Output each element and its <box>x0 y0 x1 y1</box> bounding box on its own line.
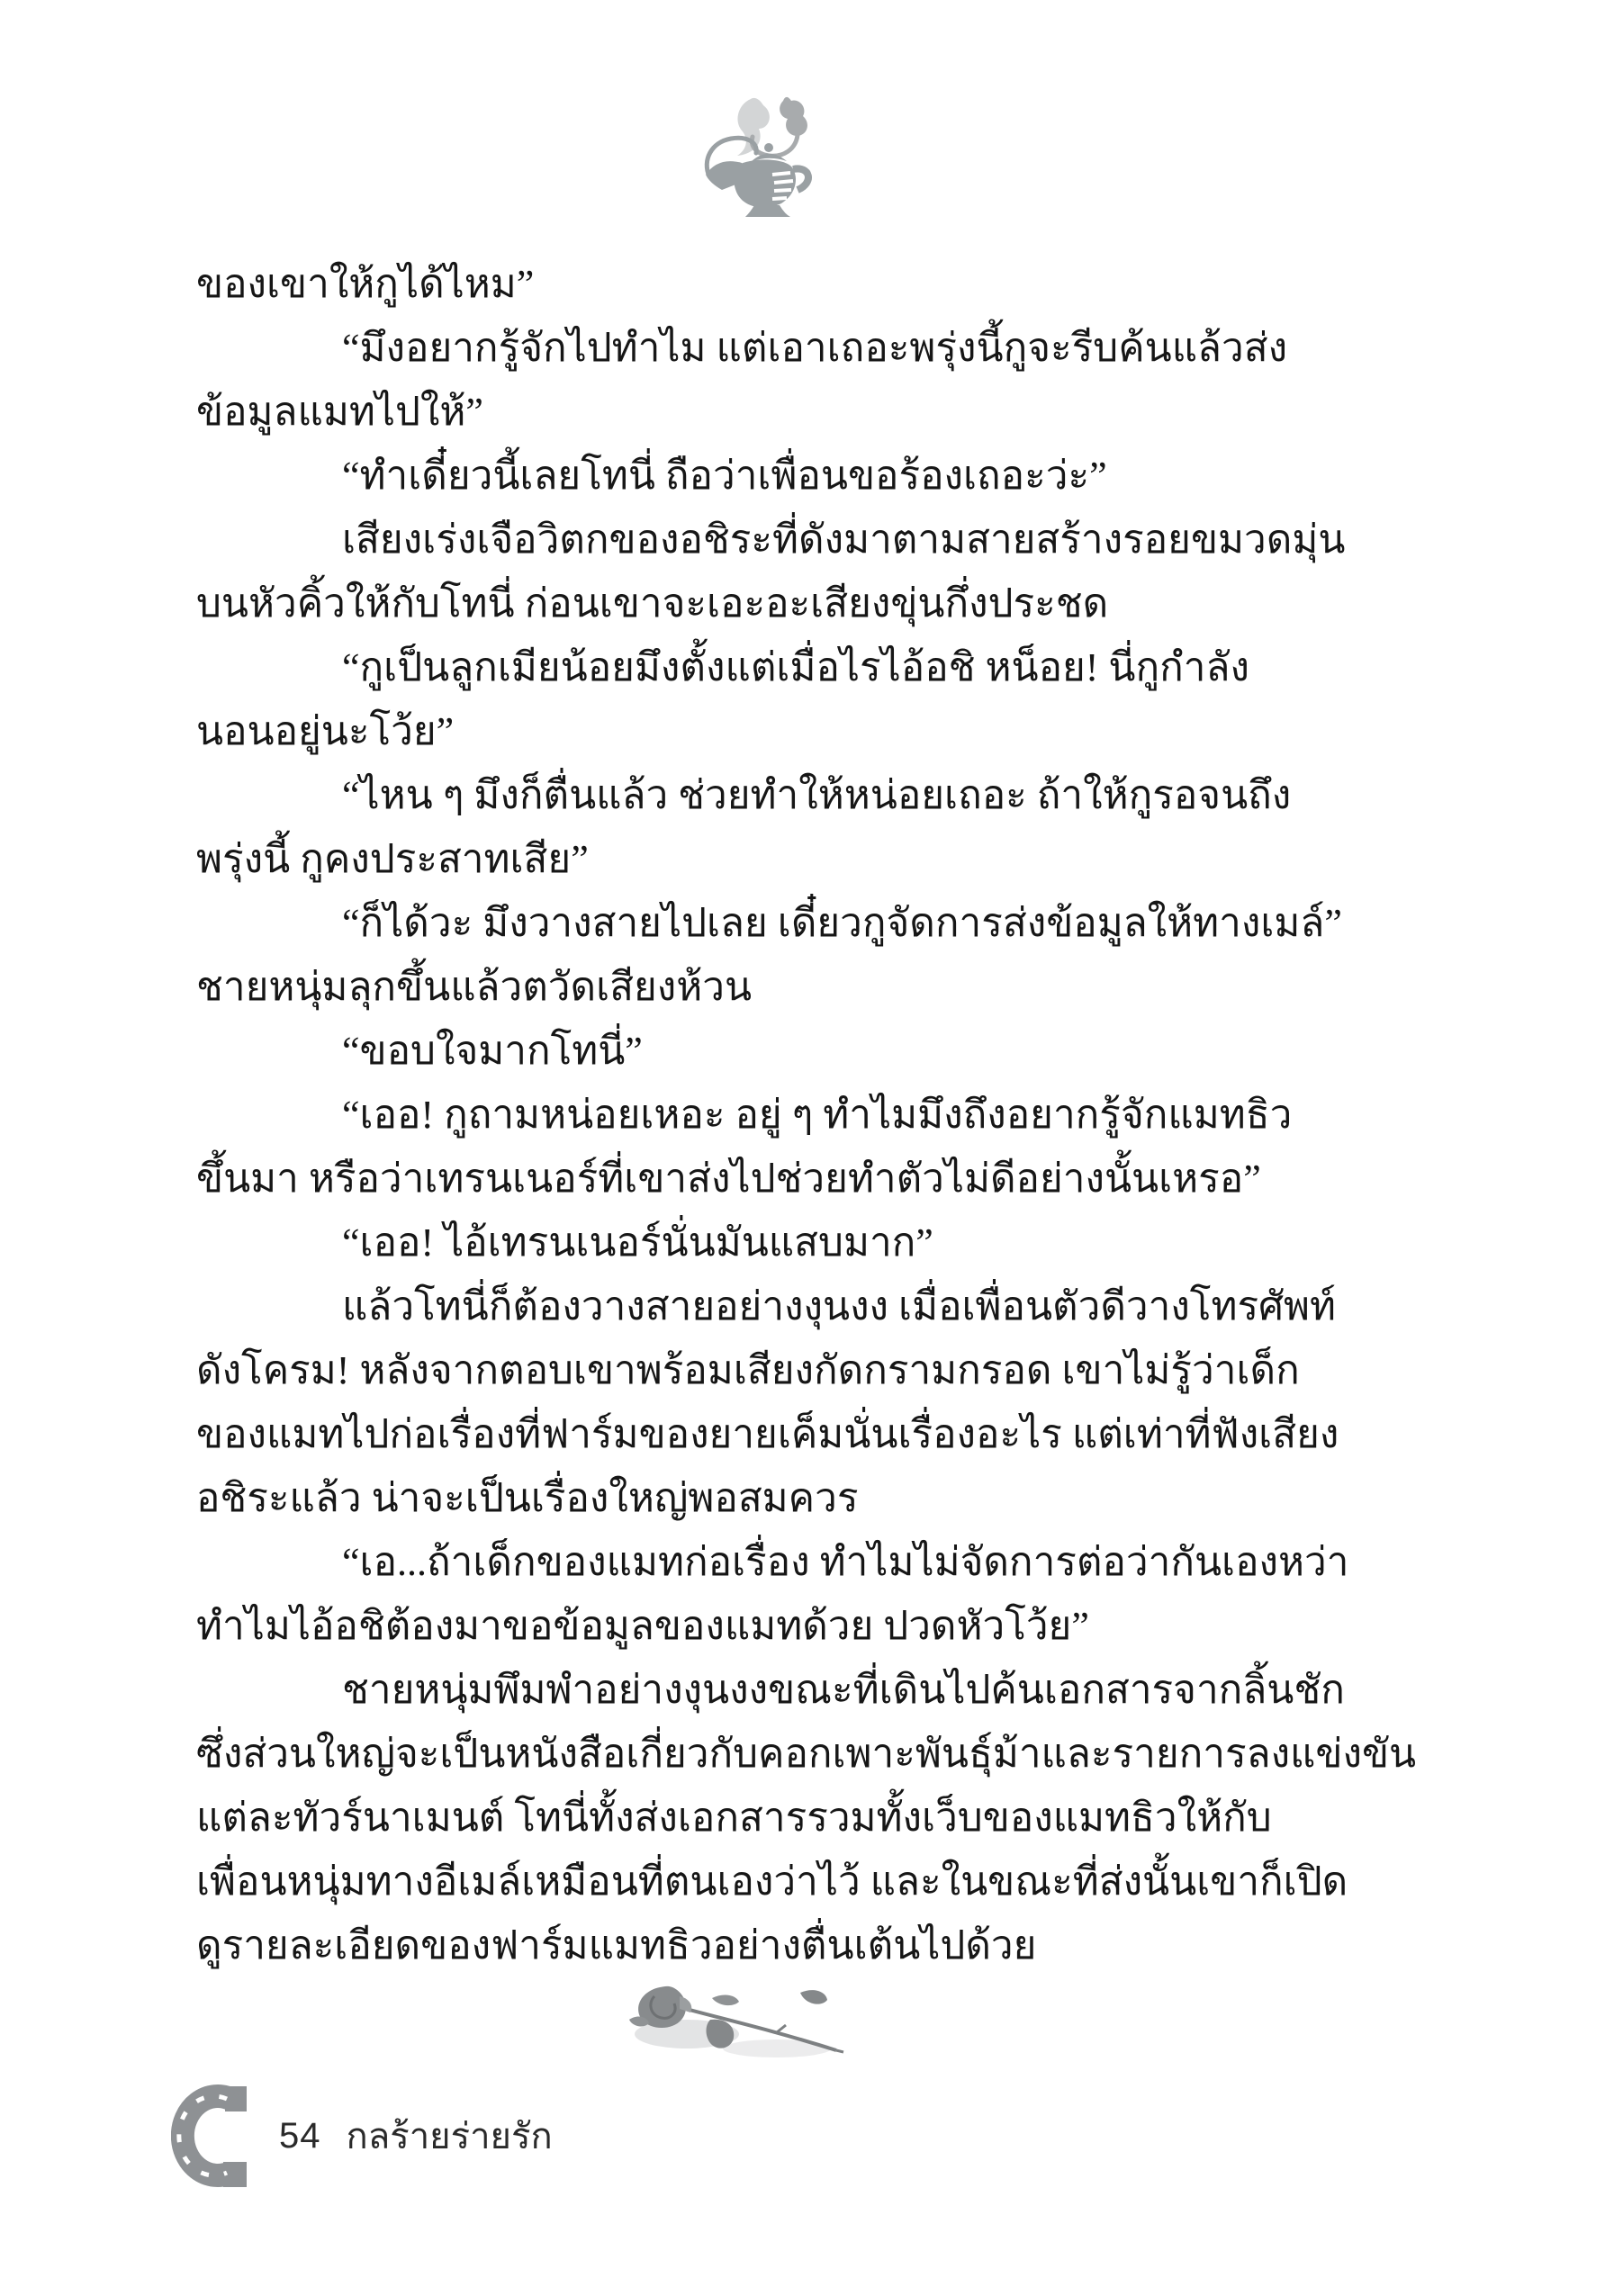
body-line: “ทำเดี๋ยวนี้เลยโทนี่ ถือว่าเพื่อนขอร้องเ… <box>196 444 1332 508</box>
body-line: ดูรายละเอียดของฟาร์มแมทธิวอย่างตื่นเต้นไ… <box>196 1913 1332 1977</box>
body-line: ของแมทไปก่อเรื่องที่ฟาร์มของยายเค็มนั่นเ… <box>196 1402 1332 1466</box>
body-line: ชายหนุ่มพึมพำอย่างงุนงงขณะที่เดินไปค้นเอ… <box>196 1658 1332 1722</box>
genie-lamp-icon <box>700 94 823 227</box>
body-line: “เอ...ถ้าเด็กของแมทก่อเรื่อง ทำไมไม่จัดก… <box>196 1530 1332 1594</box>
body-line: “เออ! กูถามหน่อยเหอะ อยู่ ๆ ทำไมมึงถึงอย… <box>196 1083 1332 1147</box>
body-line: ซึ่งส่วนใหญ่จะเป็นหนังสือเกี่ยวกับคอกเพา… <box>196 1722 1332 1786</box>
rose-icon <box>624 1976 856 2079</box>
horseshoe-icon <box>171 2079 254 2192</box>
body-line: ดังโครม! หลังจากตอบเขาพร้อมเสียงกัดกรามก… <box>196 1338 1332 1402</box>
genie-lamp-ornament <box>700 94 823 227</box>
body-line: “ก็ได้วะ มึงวางสายไปเลย เดี๋ยวกูจัดการส่… <box>196 891 1332 955</box>
text-block: ของเขาให้กูได้ไหม”“มึงอยากรู้จักไปทำไม แ… <box>196 252 1332 1977</box>
body-line: พรุ่งนี้ กูคงประสาทเสีย” <box>196 827 1332 891</box>
rose-ornament <box>624 1976 856 2079</box>
body-line: แต่ละทัวร์นาเมนต์ โทนี่ทั้งส่งเอกสารรวมท… <box>196 1786 1332 1850</box>
page-number: 54 <box>279 2116 321 2156</box>
body-line: ข้อมูลแมทไปให้” <box>196 380 1332 444</box>
body-line: เสียงเร่งเจือวิตกของอชิระที่ดังมาตามสายส… <box>196 508 1332 572</box>
body-line: ชายหนุ่มลุกขึ้นแล้วตวัดเสียงห้วน <box>196 955 1332 1019</box>
book-page: ของเขาให้กูได้ไหม”“มึงอยากรู้จักไปทำไม แ… <box>0 0 1605 2296</box>
body-line: ขึ้นมา หรือว่าเทรนเนอร์ที่เขาส่งไปช่วยทำ… <box>196 1147 1332 1211</box>
body-line: แล้วโทนี่ก็ต้องวางสายอย่างงุนงง เมื่อเพื… <box>196 1274 1332 1338</box>
page-footer: 54 กลร้ายร่ายรัก <box>171 2077 553 2194</box>
body-line: บนหัวคิ้วให้กับโทนี่ ก่อนเขาจะเอะอะเสียง… <box>196 572 1332 635</box>
book-title: กลร้ายร่ายรัก <box>347 2107 553 2165</box>
body-line: ของเขาให้กูได้ไหม” <box>196 252 1332 316</box>
body-line: “ไหน ๆ มึงก็ตื่นแล้ว ช่วยทำให้หน่อยเถอะ … <box>196 763 1332 827</box>
body-line: ทำไมไอ้อชิต้องมาขอข้อมูลของแมทด้วย ปวดหั… <box>196 1594 1332 1658</box>
body-line: “มึงอยากรู้จักไปทำไม แต่เอาเถอะพรุ่งนี้ก… <box>196 316 1332 380</box>
body-line: นอนอยู่นะโว้ย” <box>196 699 1332 763</box>
body-line: “ขอบใจมากโทนี่” <box>196 1019 1332 1083</box>
body-line: อชิระแล้ว น่าจะเป็นเรื่องใหญ่พอสมควร <box>196 1466 1332 1530</box>
body-line: เพื่อนหนุ่มทางอีเมล์เหมือนที่ตนเองว่าไว้… <box>196 1850 1332 1913</box>
body-line: “กูเป็นลูกเมียน้อยมึงตั้งแต่เมื่อไรไอ้อช… <box>196 635 1332 699</box>
body-line: “เออ! ไอ้เทรนเนอร์นั่นมันแสบมาก” <box>196 1211 1332 1274</box>
